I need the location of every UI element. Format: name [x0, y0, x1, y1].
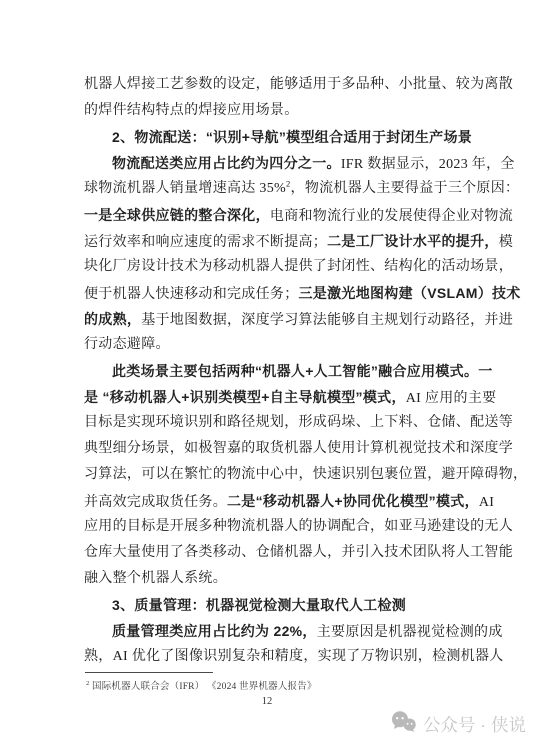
text-line: 球物流机器人销量增速高达 35%2，物流机器人主要得益于三个原因： — [84, 176, 460, 202]
text-line: 此类场景主要包括两种“机器人+人工智能”融合应用模式。一 — [84, 358, 460, 384]
body-text: 电商和物流行业的发展使得企业对物流 — [270, 209, 513, 224]
body-text: 行动态避障。 — [84, 337, 170, 352]
body-text: 仓库大量使用了各类移动、仓储机器人，并引入技术团队将人工智能 — [84, 545, 513, 560]
body-text: IFR 数据显示，2023 年，全 — [341, 157, 515, 172]
heading-line: 2、物流配送：“识别+导航”模型组合适用于封闭生产场景 — [84, 124, 460, 150]
text-line: 的焊件结构特点的焊接应用场景。 — [84, 98, 460, 124]
text-line: 是 “移动机器人+识别类模型+自主导航模型”模式，AI 应用的主要 — [84, 384, 460, 410]
body-text: 主要原因是机器视觉检测的成 — [317, 625, 503, 640]
body-text: AI 应用的主要 — [406, 391, 497, 406]
emphasis-text: 物流配送类应用占比约为四分之一。 — [112, 155, 341, 171]
text-line: 应用的目标是开展多种物流机器人的协调配合，如亚马逊建设的无人 — [84, 514, 460, 540]
text-line: 行动态避障。 — [84, 332, 460, 358]
body-text: AI — [479, 495, 494, 510]
emphasis-text: 的成熟， — [84, 311, 141, 327]
body-text: 融入整个机器人系统。 — [84, 571, 227, 586]
body-text: 模 — [499, 235, 513, 250]
text-line: 仓库大量使用了各类移动、仓储机器人，并引入技术团队将人工智能 — [84, 540, 460, 566]
emphasis-text: 二是工厂设计水平的提升， — [327, 233, 499, 249]
emphasis-text: 二是“移动机器人+协同优化模型”模式， — [227, 493, 479, 509]
text-line: 一是全球供应链的整合深化，电商和物流行业的发展使得企业对物流 — [84, 202, 460, 228]
body-text: 目标是实现环境识别和路径规划，形成码垛、上下料、仓储、配送等 — [84, 415, 513, 430]
emphasis-text: 质量管理类应用占比约为 22%， — [112, 623, 317, 639]
document-body: 机器人焊接工艺参数的设定，能够适用于多品种、小批量、较为离散的焊件结构特点的焊接… — [84, 72, 460, 670]
body-text: 习算法，可以在繁忙的物流中心中，快速识别包裹位置，避开障碍物， — [84, 467, 527, 482]
body-text: 应用的目标是开展多种物流机器人的协调配合，如亚马逊建设的无人 — [84, 519, 513, 534]
text-line: 块化厂房设计技术为移动机器人提供了封闭性、结构化的活动场景， — [84, 254, 460, 280]
text-line: 并高效完成取货任务。二是“移动机器人+协同优化模型”模式，AI — [84, 488, 460, 514]
emphasis-text: 三是激光地图构建（VSLAM）技术 — [299, 285, 521, 301]
footnote-divider — [85, 672, 213, 673]
footnote: 2 国际机器人联合会（IFR） 《2024 世界机器人报告》 — [86, 678, 317, 692]
body-text: 机器人焊接工艺参数的设定，能够适用于多品种、小批量、较为离散 — [84, 77, 513, 92]
document-page: 机器人焊接工艺参数的设定，能够适用于多品种、小批量、较为离散的焊件结构特点的焊接… — [0, 0, 534, 755]
emphasis-text: 3、质量管理：机器视觉检测大量取代人工检测 — [112, 597, 406, 613]
wechat-icon — [391, 711, 416, 737]
body-text: ，物流机器人主要得益于三个原因： — [291, 181, 520, 196]
text-line: 融入整个机器人系统。 — [84, 566, 460, 592]
emphasis-text: 此类场景主要包括两种“机器人+人工智能”融合应用模式。一 — [112, 363, 493, 379]
body-text: 熟，AI 优化了图像识别复杂和精度，实现了万物识别，检测机器人 — [84, 649, 504, 664]
body-text: 运行效率和响应速度的需求不断提高； — [84, 235, 327, 250]
watermark: 公众号 · 侠说 — [391, 711, 526, 737]
body-text: 基于地图数据，深度学习算法能够自主规划行动路径，并进 — [141, 313, 513, 328]
body-text: 球物流机器人销量增速高达 35% — [84, 181, 286, 196]
page-number: 12 — [0, 696, 534, 707]
text-line: 机器人焊接工艺参数的设定，能够适用于多品种、小批量、较为离散 — [84, 72, 460, 98]
body-text: 典型细分场景，如极智嘉的取货机器人使用计算机视觉技术和深度学 — [84, 441, 513, 456]
text-line: 运行效率和响应速度的需求不断提高；二是工厂设计水平的提升，模 — [84, 228, 460, 254]
watermark-text: 公众号 · 侠说 — [423, 712, 526, 737]
emphasis-text: 2、物流配送：“识别+导航”模型组合适用于封闭生产场景 — [112, 129, 472, 145]
text-line: 熟，AI 优化了图像识别复杂和精度，实现了万物识别，检测机器人 — [84, 644, 460, 670]
text-line: 的成熟，基于地图数据，深度学习算法能够自主规划行动路径，并进 — [84, 306, 460, 332]
heading-line: 3、质量管理：机器视觉检测大量取代人工检测 — [84, 592, 460, 618]
text-line: 便于机器人快速移动和完成任务；三是激光地图构建（VSLAM）技术 — [84, 280, 460, 306]
emphasis-text: 是 “移动机器人+识别类模型+自主导航模型”模式， — [84, 389, 406, 405]
emphasis-text: 一是全球供应链的整合深化， — [84, 207, 270, 223]
text-line: 目标是实现环境识别和路径规划，形成码垛、上下料、仓储、配送等 — [84, 410, 460, 436]
body-text: 的焊件结构特点的焊接应用场景。 — [84, 103, 299, 118]
footnote-text: 国际机器人联合会（IFR） 《2024 世界机器人报告》 — [89, 682, 316, 692]
text-line: 习算法，可以在繁忙的物流中心中，快速识别包裹位置，避开障碍物， — [84, 462, 460, 488]
text-line: 物流配送类应用占比约为四分之一。IFR 数据显示，2023 年，全 — [84, 150, 460, 176]
body-text: 并高效完成取货任务。 — [84, 495, 227, 510]
body-text: 便于机器人快速移动和完成任务； — [84, 287, 299, 302]
text-line: 典型细分场景，如极智嘉的取货机器人使用计算机视觉技术和深度学 — [84, 436, 460, 462]
body-text: 块化厂房设计技术为移动机器人提供了封闭性、结构化的活动场景， — [84, 259, 513, 274]
text-line: 质量管理类应用占比约为 22%，主要原因是机器视觉检测的成 — [84, 618, 460, 644]
